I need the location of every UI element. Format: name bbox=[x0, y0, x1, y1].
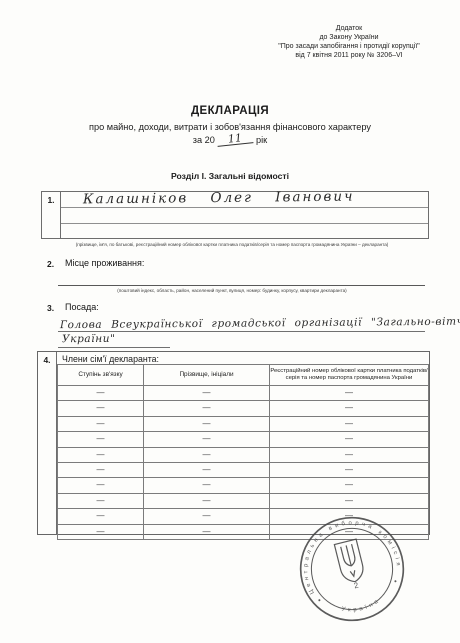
family-table-row: ——— bbox=[58, 432, 429, 447]
family-table-row: ——— bbox=[58, 386, 429, 401]
family-table-header-row: Ступінь зв'язку Прізвище, ініціали Реєст… bbox=[58, 365, 429, 386]
family-table-cell: — bbox=[144, 432, 270, 447]
item1-caption: (прізвище, ім'я, по батькові, реєстрацій… bbox=[36, 242, 428, 247]
family-table-cell: — bbox=[270, 416, 429, 431]
annex-line: "Про засади запобігання і протидії коруп… bbox=[243, 42, 455, 51]
family-table-cell: — bbox=[58, 386, 144, 401]
stamp-ring-text-top: Центральна виборча комісія bbox=[296, 513, 403, 596]
family-table-cell: — bbox=[58, 524, 144, 539]
stamp-inner-ring bbox=[303, 520, 401, 618]
name-field-line bbox=[61, 208, 428, 224]
item3-number: 3. bbox=[47, 303, 54, 313]
family-table-cell: — bbox=[270, 478, 429, 493]
family-table-cell: — bbox=[144, 509, 270, 524]
family-table-cell: — bbox=[270, 463, 429, 478]
stamp-number: 2 bbox=[353, 581, 359, 591]
family-table-cell: — bbox=[58, 478, 144, 493]
family-table-cell: — bbox=[144, 386, 270, 401]
name-field-line: Калашніков Олег Іванович bbox=[61, 192, 428, 208]
family-table-cell: — bbox=[144, 447, 270, 462]
position-handwritten-line2: України" bbox=[62, 333, 116, 345]
family-table-cell: — bbox=[144, 524, 270, 539]
family-table-cell: — bbox=[144, 463, 270, 478]
family-table-cell: — bbox=[58, 401, 144, 416]
position-handwritten-line1: Голова Всеукраїнської громадської органі… bbox=[60, 315, 460, 331]
document-subtitle: про майно, доходи, витрати і зобов'язанн… bbox=[0, 122, 460, 132]
family-table-cell: — bbox=[270, 386, 429, 401]
annex-line: від 7 квітня 2011 року № 3206–VI bbox=[243, 51, 455, 60]
year-value-handwritten: 11 bbox=[217, 132, 254, 147]
family-table-cell: — bbox=[144, 416, 270, 431]
family-table-cell: — bbox=[58, 463, 144, 478]
family-table-cell: — bbox=[58, 447, 144, 462]
cec-round-stamp: Центральна виборча комісія Україна 2 bbox=[296, 513, 408, 625]
section-heading: Розділ I. Загальні відомості bbox=[0, 171, 460, 181]
family-table-row: ——— bbox=[58, 493, 429, 508]
family-table-cell: — bbox=[58, 432, 144, 447]
item4-number: 4. bbox=[38, 352, 57, 534]
item1-fields: Калашніков Олег Іванович bbox=[61, 192, 428, 238]
family-table-cell: — bbox=[58, 416, 144, 431]
family-table-row: ——— bbox=[58, 401, 429, 416]
trident-shield-icon bbox=[334, 539, 366, 584]
annex-line: Додаток bbox=[243, 24, 455, 33]
family-table-cell: — bbox=[144, 478, 270, 493]
family-table-row: ——— bbox=[58, 478, 429, 493]
name-field-line bbox=[61, 224, 428, 238]
item2-caption: (поштовий індекс, область, район, населе… bbox=[36, 288, 428, 293]
family-table-head: Ступінь зв'язку Прізвище, ініціали Реєст… bbox=[58, 365, 429, 386]
item4-label: Члени сім'ї декларанта: bbox=[57, 352, 429, 364]
family-table-cell: — bbox=[270, 493, 429, 508]
family-table-cell: — bbox=[270, 401, 429, 416]
family-table-cell: — bbox=[58, 493, 144, 508]
family-table-cell: — bbox=[144, 493, 270, 508]
annex-line: до Закону України bbox=[243, 33, 455, 42]
declarant-name-box: 1. Калашніков Олег Іванович bbox=[41, 191, 429, 239]
year-suffix: рік bbox=[256, 135, 267, 145]
item1-number: 1. bbox=[42, 192, 61, 238]
item3-label: Посада: bbox=[65, 302, 99, 312]
item2-blank-line bbox=[58, 285, 425, 286]
family-members-box: 4. Члени сім'ї декларанта: Ступінь зв'яз… bbox=[37, 351, 430, 535]
item2-number: 2. bbox=[47, 259, 54, 269]
annex-note: Додаток до Закону України "Про засади за… bbox=[243, 24, 455, 60]
family-table-row: ——— bbox=[58, 416, 429, 431]
family-table-row: ——— bbox=[58, 463, 429, 478]
year-line: за 20 11 рік bbox=[0, 135, 460, 146]
item2-label: Місце проживання: bbox=[65, 258, 144, 268]
col-degree-of-kinship: Ступінь зв'язку bbox=[58, 365, 144, 386]
item4-content: Члени сім'ї декларанта: Ступінь зв'язку … bbox=[57, 352, 429, 534]
col-tax-number: Реєстраційний номер облікової картки пла… bbox=[270, 365, 429, 386]
year-prefix: за 20 bbox=[193, 135, 215, 145]
family-table-row: ——— bbox=[58, 447, 429, 462]
family-table-cell: — bbox=[144, 401, 270, 416]
declarant-name-handwritten: Калашніков Олег Іванович bbox=[83, 189, 355, 208]
family-table-cell: — bbox=[270, 432, 429, 447]
stamp-separator-dot bbox=[394, 580, 396, 582]
family-table-cell: — bbox=[58, 509, 144, 524]
family-table-cell: — bbox=[270, 447, 429, 462]
col-surname-initials: Прізвище, ініціали bbox=[144, 365, 270, 386]
document-title: ДЕКЛАРАЦІЯ bbox=[0, 105, 460, 117]
item3-line2-rule bbox=[58, 347, 170, 348]
declaration-page: Додаток до Закону України "Про засади за… bbox=[0, 0, 460, 643]
stamp-separator-dot bbox=[318, 599, 320, 601]
